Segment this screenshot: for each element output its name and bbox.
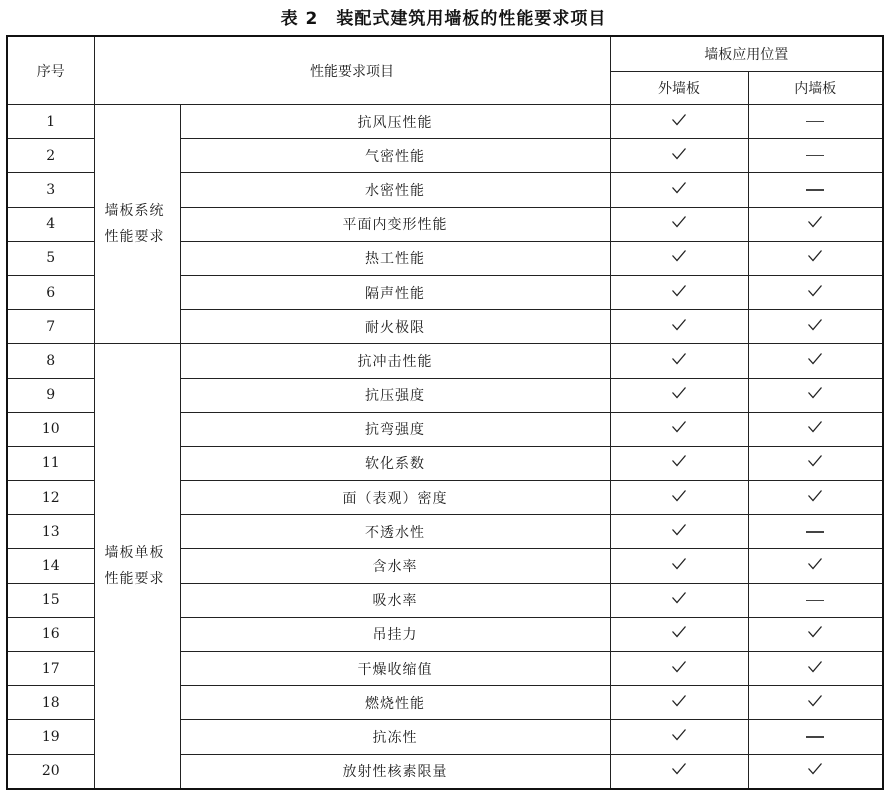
check-icon [671, 523, 687, 537]
interior-cell [748, 412, 883, 446]
exterior-cell [610, 207, 748, 241]
check-icon [807, 318, 823, 332]
table-caption: 表 2装配式建筑用墙板的性能要求项目 [0, 4, 887, 29]
exterior-cell [610, 241, 748, 275]
exterior-cell [610, 412, 748, 446]
seq-cell: 14 [7, 549, 94, 583]
table-row: 8墙板单板性能要求抗冲击性能 [7, 344, 883, 378]
check-icon [671, 284, 687, 298]
dash-icon [806, 600, 824, 601]
interior-cell [748, 446, 883, 480]
check-icon [807, 625, 823, 639]
seq-cell: 12 [7, 481, 94, 515]
seq-cell: 16 [7, 617, 94, 651]
group-label-line2: 性能要求 [105, 566, 180, 592]
interior-cell [748, 549, 883, 583]
check-icon [671, 591, 687, 605]
table-body: 1墙板系统性能要求抗风压性能2气密性能3水密性能4平面内变形性能5热工性能6隔声… [7, 105, 883, 789]
interior-cell [748, 378, 883, 412]
item-cell: 抗压强度 [180, 378, 610, 412]
seq-cell: 4 [7, 207, 94, 241]
group-label-line1: 墙板系统 [105, 198, 180, 224]
seq-cell: 2 [7, 139, 94, 173]
header-position-group: 墙板应用位置 [610, 36, 883, 72]
check-icon [807, 557, 823, 571]
seq-cell: 13 [7, 515, 94, 549]
table-number: 表 2 [281, 9, 319, 29]
performance-requirements-table: 序号 性能要求项目 墙板应用位置 外墙板 内墙板 1墙板系统性能要求抗风压性能2… [6, 35, 884, 790]
interior-cell [748, 310, 883, 344]
check-icon [807, 386, 823, 400]
exterior-cell [610, 446, 748, 480]
item-cell: 平面内变形性能 [180, 207, 610, 241]
interior-cell [748, 105, 883, 139]
exterior-cell [610, 173, 748, 207]
interior-cell [748, 344, 883, 378]
check-icon [671, 728, 687, 742]
header-interior: 内墙板 [748, 72, 883, 105]
interior-cell [748, 481, 883, 515]
exterior-cell [610, 105, 748, 139]
seq-cell: 15 [7, 583, 94, 617]
check-icon [671, 352, 687, 366]
check-icon [671, 318, 687, 332]
check-icon [807, 762, 823, 776]
interior-cell [748, 720, 883, 754]
exterior-cell [610, 481, 748, 515]
seq-cell: 18 [7, 686, 94, 720]
group-label-line1: 墙板单板 [105, 540, 180, 566]
check-icon [671, 386, 687, 400]
group-label-cell: 墙板单板性能要求 [94, 344, 180, 789]
interior-cell [748, 275, 883, 309]
seq-cell: 1 [7, 105, 94, 139]
interior-cell [748, 139, 883, 173]
item-cell: 不透水性 [180, 515, 610, 549]
seq-cell: 10 [7, 412, 94, 446]
check-icon [807, 489, 823, 503]
item-cell: 含水率 [180, 549, 610, 583]
seq-cell: 3 [7, 173, 94, 207]
item-cell: 软化系数 [180, 446, 610, 480]
dash-icon [806, 189, 824, 190]
interior-cell [748, 241, 883, 275]
check-icon [807, 352, 823, 366]
check-icon [671, 660, 687, 674]
interior-cell [748, 754, 883, 789]
item-cell: 抗冻性 [180, 720, 610, 754]
dash-icon [806, 736, 824, 737]
dash-icon [806, 121, 824, 122]
item-cell: 吊挂力 [180, 617, 610, 651]
check-icon [807, 420, 823, 434]
seq-cell: 20 [7, 754, 94, 789]
item-cell: 面（表观）密度 [180, 481, 610, 515]
check-icon [807, 660, 823, 674]
seq-cell: 9 [7, 378, 94, 412]
header-seq: 序号 [7, 36, 94, 105]
item-cell: 燃烧性能 [180, 686, 610, 720]
check-icon [671, 215, 687, 229]
check-icon [671, 625, 687, 639]
group-label-cell: 墙板系统性能要求 [94, 105, 180, 344]
interior-cell [748, 652, 883, 686]
check-icon [671, 181, 687, 195]
exterior-cell [610, 344, 748, 378]
exterior-cell [610, 310, 748, 344]
interior-cell [748, 173, 883, 207]
item-cell: 抗冲击性能 [180, 344, 610, 378]
check-icon [671, 489, 687, 503]
exterior-cell [610, 378, 748, 412]
exterior-cell [610, 720, 748, 754]
header-exterior: 外墙板 [610, 72, 748, 105]
exterior-cell [610, 275, 748, 309]
check-icon [807, 694, 823, 708]
check-icon [807, 215, 823, 229]
seq-cell: 5 [7, 241, 94, 275]
header-row-1: 序号 性能要求项目 墙板应用位置 [7, 36, 883, 72]
seq-cell: 8 [7, 344, 94, 378]
check-icon [807, 284, 823, 298]
check-icon [807, 454, 823, 468]
check-icon [671, 762, 687, 776]
check-icon [671, 694, 687, 708]
interior-cell [748, 207, 883, 241]
header-item: 性能要求项目 [94, 36, 610, 105]
item-cell: 放射性核素限量 [180, 754, 610, 789]
exterior-cell [610, 754, 748, 789]
dash-icon [806, 531, 824, 532]
interior-cell [748, 515, 883, 549]
check-icon [671, 454, 687, 468]
item-cell: 抗风压性能 [180, 105, 610, 139]
item-cell: 耐火极限 [180, 310, 610, 344]
item-cell: 吸水率 [180, 583, 610, 617]
exterior-cell [610, 515, 748, 549]
check-icon [671, 420, 687, 434]
interior-cell [748, 686, 883, 720]
table-title: 装配式建筑用墙板的性能要求项目 [336, 9, 606, 29]
check-icon [671, 113, 687, 127]
exterior-cell [610, 139, 748, 173]
item-cell: 隔声性能 [180, 275, 610, 309]
exterior-cell [610, 549, 748, 583]
exterior-cell [610, 652, 748, 686]
item-cell: 干燥收缩值 [180, 652, 610, 686]
seq-cell: 11 [7, 446, 94, 480]
check-icon [807, 249, 823, 263]
check-icon [671, 147, 687, 161]
item-cell: 热工性能 [180, 241, 610, 275]
item-cell: 抗弯强度 [180, 412, 610, 446]
exterior-cell [610, 583, 748, 617]
seq-cell: 19 [7, 720, 94, 754]
interior-cell [748, 617, 883, 651]
dash-icon [806, 155, 824, 156]
seq-cell: 6 [7, 275, 94, 309]
exterior-cell [610, 617, 748, 651]
group-label-line2: 性能要求 [105, 224, 180, 250]
seq-cell: 17 [7, 652, 94, 686]
item-cell: 气密性能 [180, 139, 610, 173]
table-row: 1墙板系统性能要求抗风压性能 [7, 105, 883, 139]
item-cell: 水密性能 [180, 173, 610, 207]
check-icon [671, 557, 687, 571]
check-icon [671, 249, 687, 263]
exterior-cell [610, 686, 748, 720]
seq-cell: 7 [7, 310, 94, 344]
interior-cell [748, 583, 883, 617]
